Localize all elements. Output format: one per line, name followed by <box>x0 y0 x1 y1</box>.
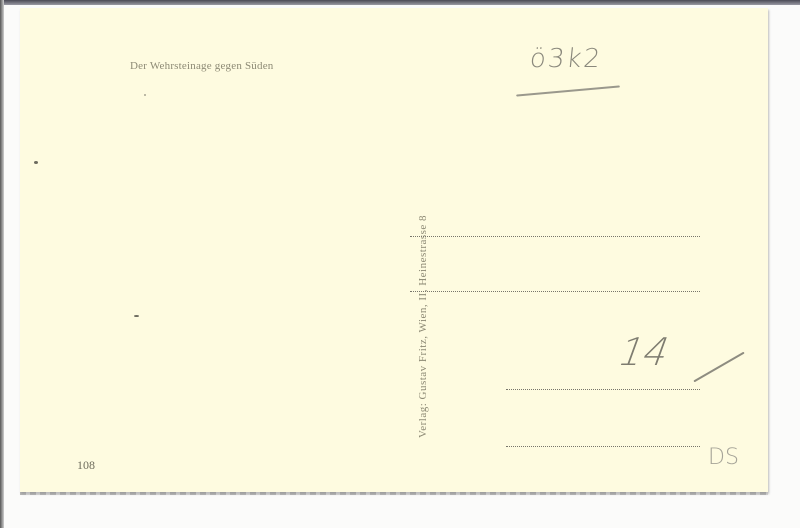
paper-speck <box>134 315 139 317</box>
handwritten-price: 14 <box>612 330 676 374</box>
handwritten-code: ö3k2 <box>528 44 603 74</box>
address-line-3 <box>506 389 700 390</box>
handwritten-dash <box>693 352 744 383</box>
handwritten-initials: DS <box>708 445 739 470</box>
paper-speck <box>144 94 146 96</box>
address-line-1 <box>410 236 700 237</box>
handwritten-underline <box>516 85 620 96</box>
publisher-imprint: Verlag: Gustav Fritz, Wien, II, Heinestr… <box>417 215 429 438</box>
address-line-4 <box>506 446 700 447</box>
scan-top-edge <box>0 0 800 5</box>
address-line-2 <box>410 291 700 292</box>
postcard-caption: Der Wehrsteinage gegen Süden <box>130 60 274 72</box>
card-number: 108 <box>77 458 95 473</box>
scan-left-edge <box>0 0 4 528</box>
paper-speck <box>34 161 38 164</box>
postcard-back: Der Wehrsteinage gegen Süden Verlag: Gus… <box>20 8 768 492</box>
